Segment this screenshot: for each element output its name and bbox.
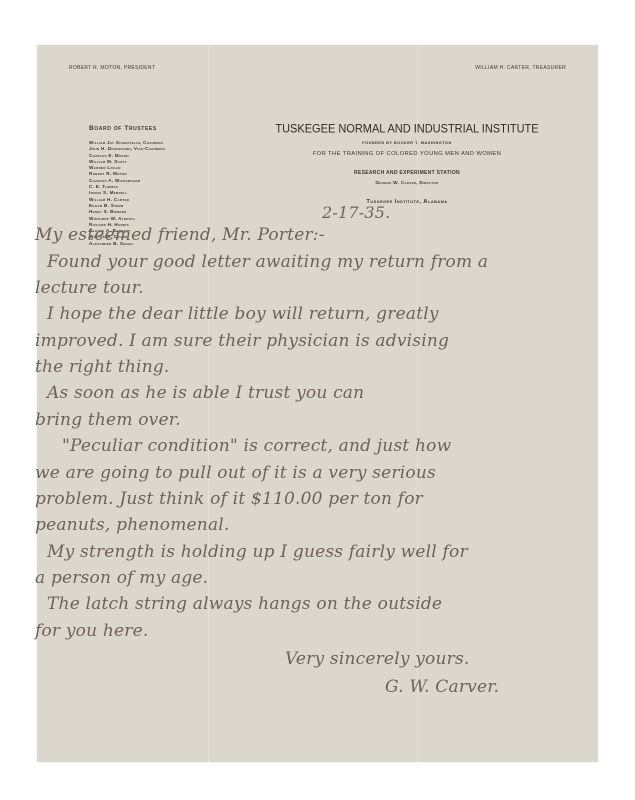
- letter-date: 2-17-35.: [322, 203, 390, 222]
- letter-line: lecture tour.: [35, 278, 144, 298]
- board-of-trustees-title: Board of Trustees: [89, 125, 157, 132]
- location-line: Tuskegee Institute, Alabama: [257, 199, 557, 205]
- trustee: John H. Drakeford, Vice-Chairman: [89, 146, 165, 152]
- letter-line: improved. I am sure their physician is a…: [35, 331, 449, 351]
- letter-line: Found your good letter awaiting my retur…: [47, 252, 488, 272]
- letter-line: As soon as he is able I trust you can: [47, 383, 364, 403]
- letter-line: for you here.: [35, 621, 148, 641]
- letter-line: bring them over.: [35, 410, 181, 430]
- station-line: RESEARCH AND EXPERIMENT STATION: [257, 170, 557, 176]
- letter-line: the right thing.: [35, 357, 170, 377]
- salutation: My esteemed friend, Mr. Porter:-: [35, 225, 325, 245]
- letter-page: ROBERT R. MOTON, PRESIDENT WILLIAM H. CA…: [37, 45, 598, 762]
- treasurer-line: WILLIAM H. CARTER, TREASURER: [475, 65, 566, 71]
- letter-line: My strength is holding up I guess fairly…: [47, 542, 468, 562]
- letter-line: I hope the dear little boy will return, …: [47, 304, 439, 324]
- closing: Very sincerely yours.: [285, 649, 469, 669]
- letter-line: problem. Just think of it $110.00 per to…: [35, 489, 423, 509]
- letter-line: The latch string always hangs on the out…: [47, 594, 442, 614]
- director-line: George W. Carver, Director: [257, 180, 557, 185]
- signature: G. W. Carver.: [385, 677, 499, 697]
- letter-line: a person of my age.: [35, 568, 208, 588]
- institution-title: TUSKEGEE NORMAL AND INDUSTRIAL INSTITUTE: [257, 122, 557, 135]
- letter-line: "Peculiar condition" is correct, and jus…: [62, 436, 451, 456]
- founded-line: FOUNDED BY BOOKER T. WASHINGTON: [257, 141, 557, 145]
- president-line: ROBERT R. MOTON, PRESIDENT: [69, 65, 155, 71]
- letter-line: we are going to pull out of it is a very…: [35, 463, 436, 483]
- mission-line: FOR THE TRAINING OF COLORED YOUNG MEN AN…: [257, 151, 557, 157]
- letter-line: peanuts, phenomenal.: [35, 515, 230, 535]
- fold-crease: [208, 45, 209, 762]
